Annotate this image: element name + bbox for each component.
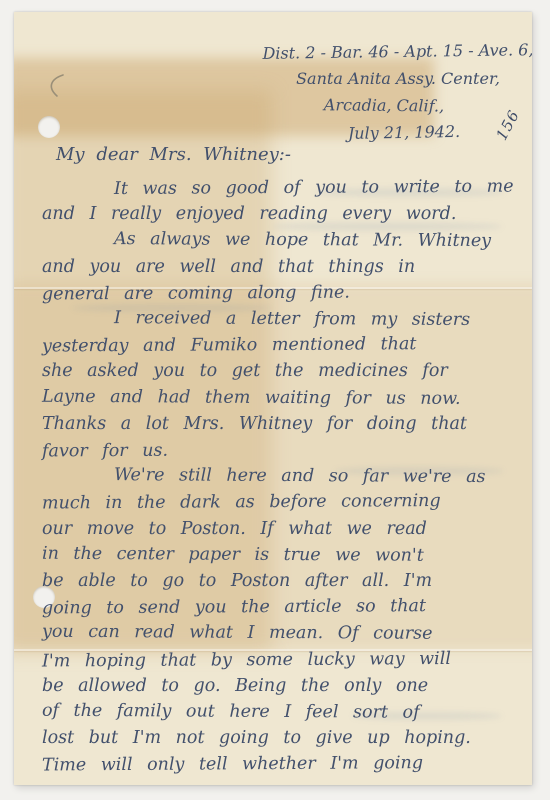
body-line: be allowed to go. Being the only one [42, 673, 524, 699]
body-line: be able to go to Poston after all. I'm [42, 568, 524, 594]
body-line: general are coming along fine. [42, 278, 524, 307]
address-line: Arcadia, Calif., [248, 90, 520, 120]
body-line: and I really enjoyed reading every word. [42, 201, 524, 227]
body-line: I'm hoping that by some lucky way will [42, 645, 524, 674]
body-line: As always we hope that Mr. Whitney [42, 226, 524, 255]
body-line: Thanks a lot Mrs. Whitney for doing that [42, 411, 524, 437]
body-line: our move to Poston. If what we read [42, 516, 524, 542]
body-line: going to send you the article so that [42, 593, 524, 622]
pencil-mark [43, 73, 71, 99]
body-line: and you are well and that things in [42, 254, 524, 280]
body-line: much in the dark as before concerning [42, 488, 524, 517]
scan-background: Dist. 2 - Bar. 46 - Apt. 15 - Ave. 6, Sa… [0, 0, 550, 800]
body-line: yesterday and Fumiko mentioned that [42, 331, 524, 360]
body-line: you can read what I mean. Of course [42, 619, 524, 648]
letter-body: It was so good of you to write to me and… [42, 175, 524, 778]
letter-header: Dist. 2 - Bar. 46 - Apt. 15 - Ave. 6, Sa… [262, 38, 532, 146]
address-line: Santa Anita Assy. Center, [262, 65, 532, 92]
letter-paper: Dist. 2 - Bar. 46 - Apt. 15 - Ave. 6, Sa… [14, 12, 532, 785]
body-line: of the family out here I feel sort of [42, 698, 524, 727]
address-line: Dist. 2 - Bar. 46 - Apt. 15 - Ave. 6, [262, 36, 532, 67]
body-line: We're still here and so far we're as [42, 462, 524, 491]
body-line: she asked you to get the medicines for [42, 358, 524, 384]
body-line: in the center paper is true we won't [42, 541, 524, 570]
body-line: lost but I'm not going to give up hoping… [42, 725, 524, 751]
salutation: My dear Mrs. Whitney:- [56, 144, 291, 165]
hole-punch-top [38, 116, 60, 138]
body-line: It was so good of you to write to me [42, 174, 524, 203]
body-line: I received a letter from my sisters [42, 305, 524, 334]
body-line: Time will only tell whether I'm going [42, 750, 524, 779]
body-line: Layne and had them waiting for us now. [42, 383, 524, 412]
body-line: favor for us. [42, 436, 524, 465]
